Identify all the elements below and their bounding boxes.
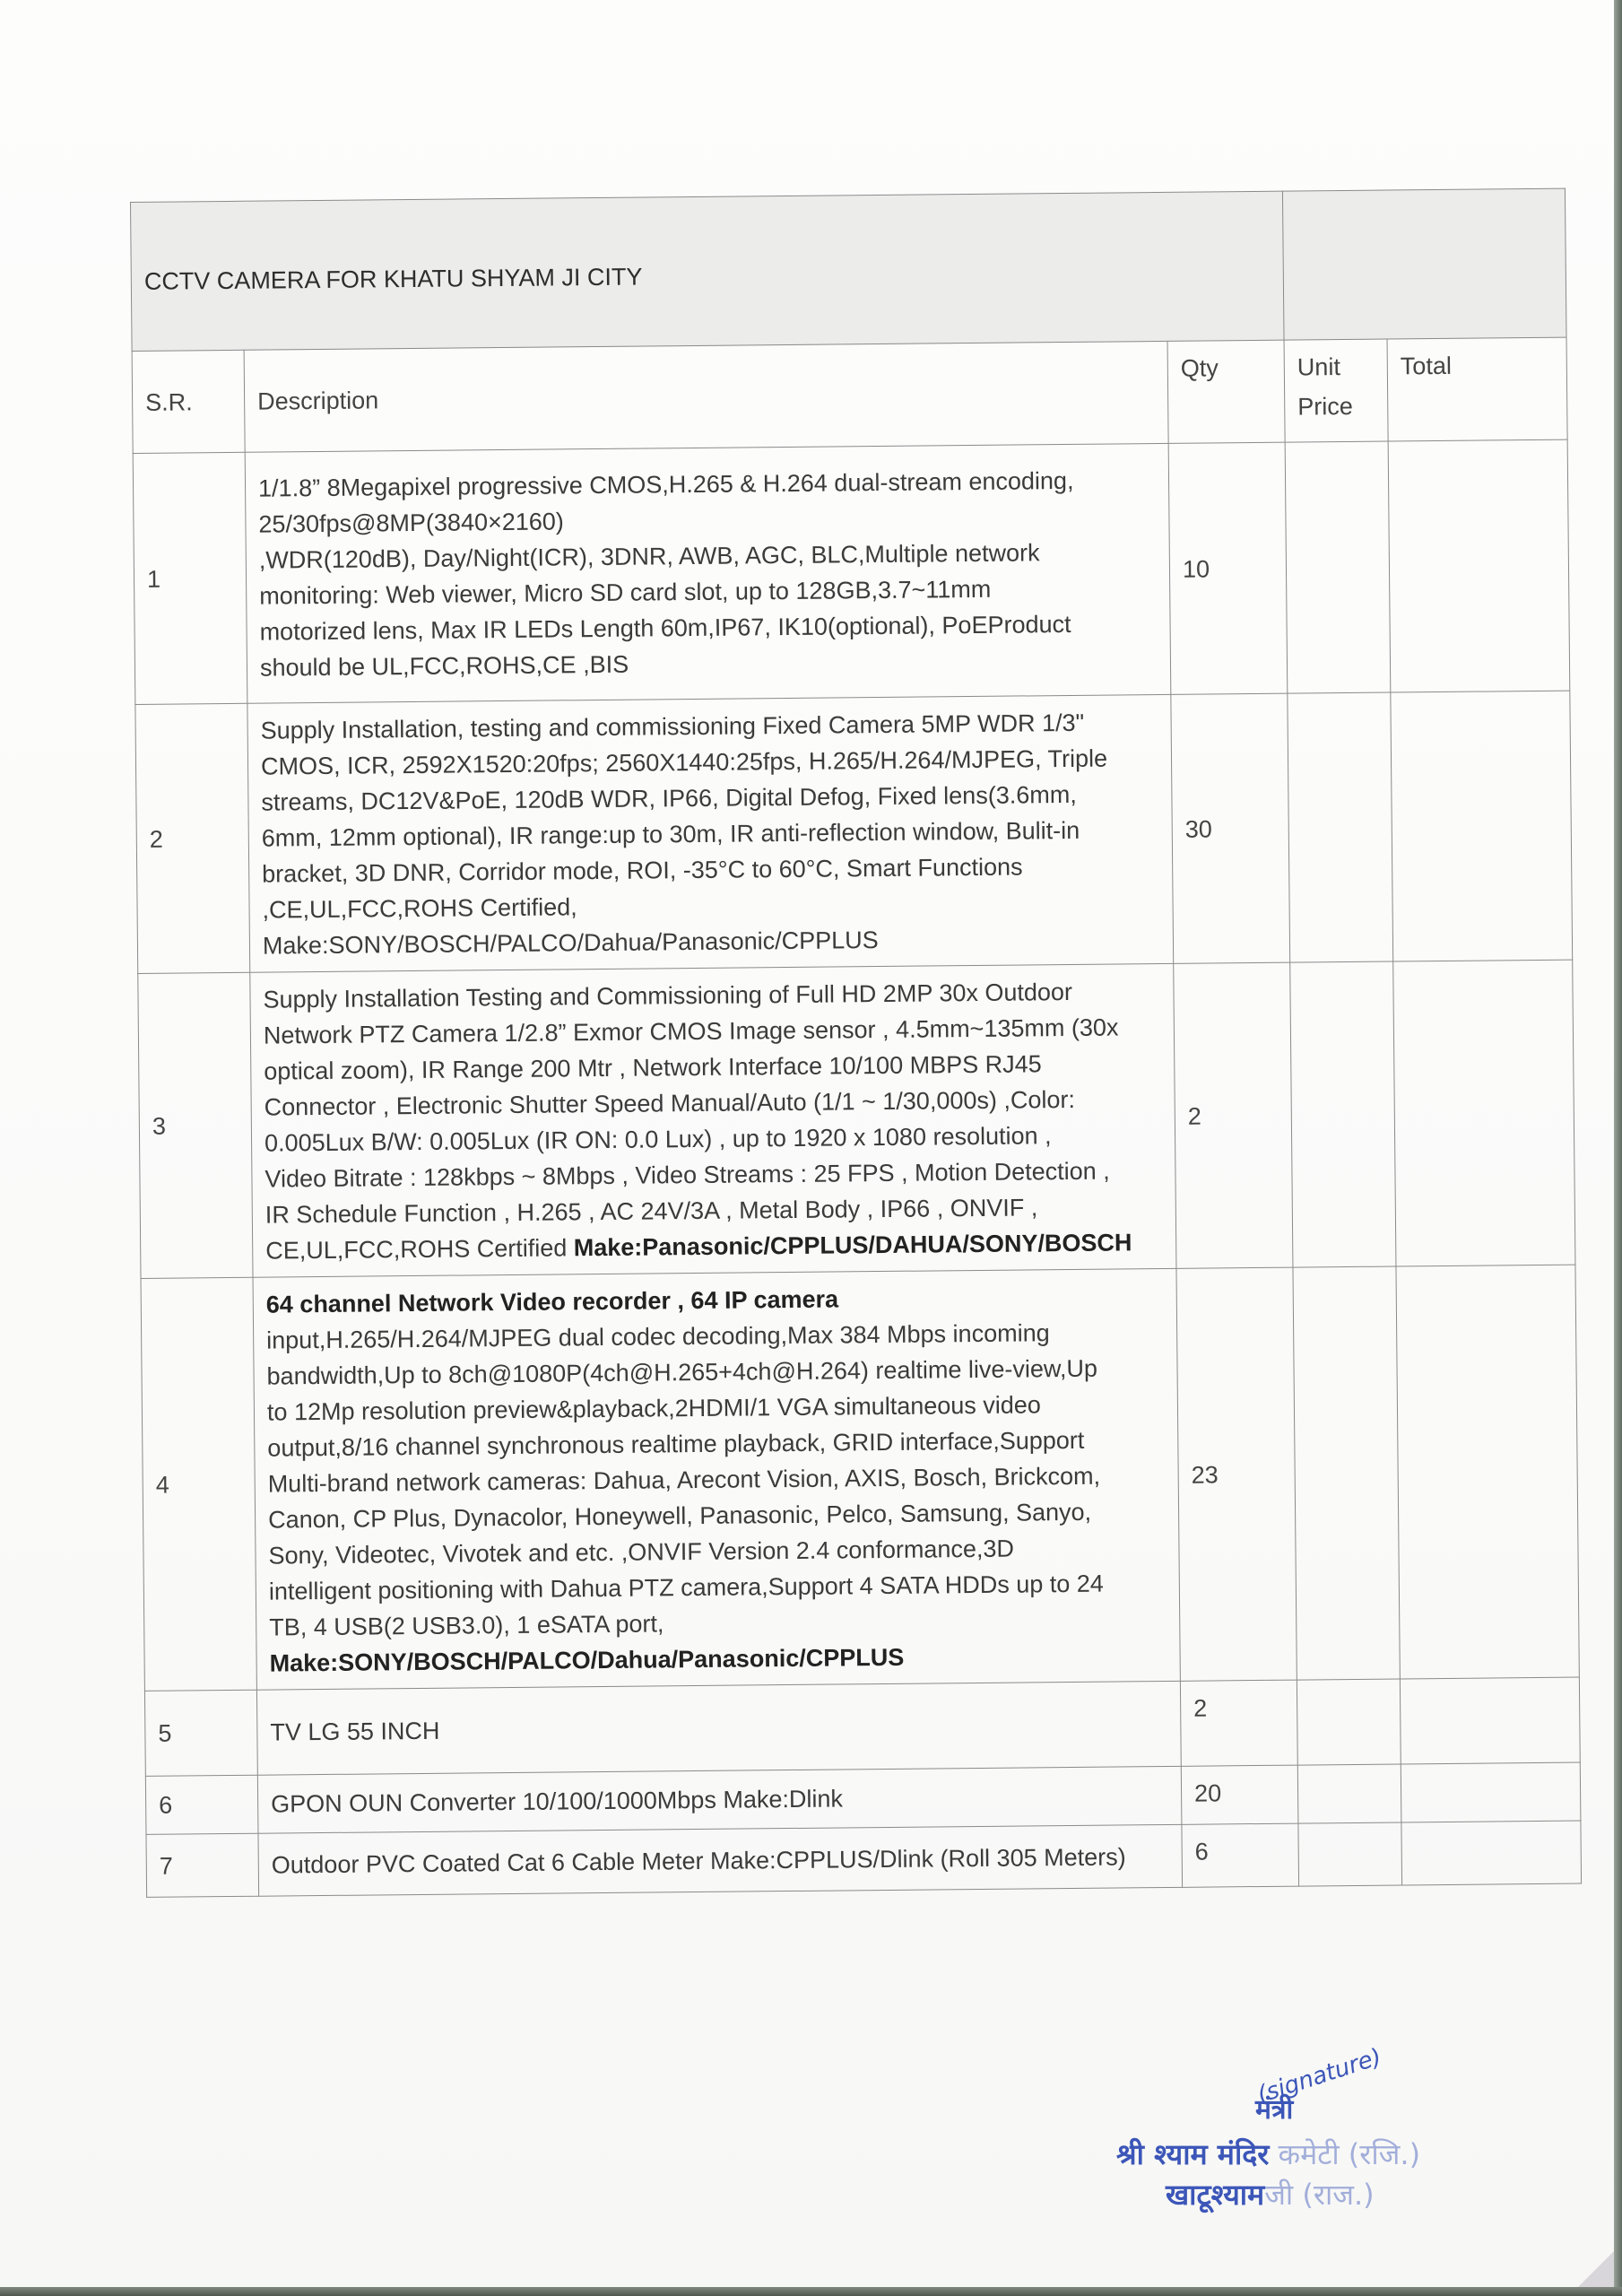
row-sr: 6 [145,1775,258,1834]
row-sr: 2 [135,703,250,973]
page-edge [1614,0,1622,2296]
description-line: TV LG 55 INCH [270,1706,1167,1751]
table-row: 3Supply Installation Testing and Commiss… [138,960,1575,1278]
description-line: GPON OUN Converter 10/100/1000Mbps Make:… [271,1778,1168,1822]
row-qty: 20 [1181,1765,1298,1824]
row-total [1396,1265,1579,1679]
row-qty: 23 [1176,1267,1297,1681]
row-qty: 2 [1180,1680,1297,1766]
stamp-role: मंत्री [1255,2090,1293,2126]
row-sr: 5 [144,1690,257,1776]
row-unit-price [1297,1764,1401,1823]
description-line: Outdoor PVC Coated Cat 6 Cable Meter Mak… [272,1838,1169,1883]
column-header-sr: S.R. [132,350,245,453]
row-total [1401,1821,1582,1885]
description-make: Make:Panasonic/CPPLUS/DAHUA/SONY/BOSCH [574,1229,1132,1261]
row-sr: 3 [138,972,253,1278]
column-header-unit-price: Unit Price [1284,339,1388,442]
row-total [1401,1762,1581,1822]
table-row: 464 channel Network Video recorder , 64 … [141,1265,1579,1691]
row-qty: 6 [1182,1823,1299,1887]
table-row: 5TV LG 55 INCH2 [144,1677,1580,1776]
row-description: 64 channel Network Video recorder , 64 I… [253,1268,1180,1690]
row-description: Outdoor PVC Coated Cat 6 Cable Meter Mak… [258,1824,1183,1896]
row-qty: 30 [1171,693,1290,963]
table-row: 7Outdoor PVC Coated Cat 6 Cable Meter Ma… [146,1821,1582,1897]
row-description: Supply Installation Testing and Commissi… [250,963,1176,1277]
boq-table: CCTV CAMERA FOR KHATU SHYAM JI CITY S.R.… [130,188,1582,1898]
row-qty: 2 [1174,962,1293,1268]
description-line: CE,UL,FCC,ROHS Certified [265,1234,574,1264]
row-unit-price [1297,1679,1401,1765]
row-description: 1/1.8” 8Megapixel progressive CMOS,H.265… [245,443,1171,703]
row-unit-price [1288,692,1393,962]
row-total [1393,960,1575,1266]
row-unit-price [1298,1822,1402,1886]
column-header-total: Total [1387,337,1567,441]
title-row: CCTV CAMERA FOR KHATU SHYAM JI CITY [131,188,1567,351]
table-row: 2Supply Installation, testing and commis… [135,691,1573,973]
row-sr: 7 [146,1833,259,1897]
header-row: S.R. Description Qty Unit Price Total [132,337,1567,453]
stamp-line-1-text: श्री श्याम मंदिर [1116,2137,1269,2171]
row-description: GPON OUN Converter 10/100/1000Mbps Make:… [257,1766,1182,1833]
row-description: TV LG 55 INCH [256,1681,1181,1775]
page-edge [0,2287,1622,2296]
row-sr: 1 [133,452,247,704]
column-header-qty: Qty [1167,340,1285,443]
row-qty: 10 [1168,442,1288,694]
table-row: 11/1.8” 8Megapixel progressive CMOS,H.26… [133,439,1570,704]
title-right-cell [1282,188,1566,340]
row-total [1400,1677,1580,1764]
stamp-line-2: खाटूश्यामजी (राज.) [1166,2175,1375,2213]
stamp-line-2-text: खाटूश्याम [1166,2178,1264,2212]
document-title: CCTV CAMERA FOR KHATU SHYAM JI CITY [131,191,1285,351]
row-total [1391,691,1573,961]
row-sr: 4 [141,1277,256,1691]
stamp-line-2-faded: जी (राज.) [1264,2178,1374,2212]
stamp-line-1: श्री श्याम मंदिर कमेटी (रजि.) [1116,2135,1420,2173]
stamp-line-1-faded: कमेटी (रजि.) [1269,2137,1420,2171]
row-description: Supply Installation, testing and commiss… [247,694,1174,972]
column-header-description: Description [244,341,1168,452]
row-total [1388,439,1570,692]
row-unit-price [1290,961,1396,1267]
folded-corner [1578,2251,1614,2287]
row-unit-price [1285,441,1391,693]
boq-table-container: CCTV CAMERA FOR KHATU SHYAM JI CITY S.R.… [130,188,1581,1898]
row-unit-price [1293,1266,1400,1680]
